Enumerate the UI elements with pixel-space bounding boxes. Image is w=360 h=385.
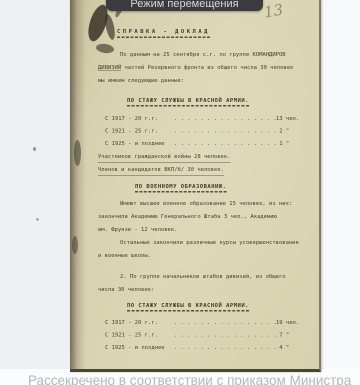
dust-speck: [36, 218, 39, 221]
group2-intro-paragraph: 2. По группе начальников штабов дивизий,…: [98, 270, 286, 296]
intro-line-rest: частей Резервного фронта из общего числа…: [121, 64, 293, 71]
background-right: [319, 0, 360, 370]
pan-mode-tooltip: Режим перемещения: [106, 0, 263, 11]
membership-notes: Участников гражданской войны 28 человек.…: [98, 150, 230, 176]
service-table-2: С 1917 - 20 г.г.. . . . . . . . . . . . …: [105, 316, 299, 354]
dot-leader: . . . . . . . . . . . . . . . . . .: [174, 112, 276, 125]
scanned-document-page[interactable]: 13 СПРАВКА - ДОКЛАД По данным на 25 сент…: [70, 0, 321, 372]
section3-heading: ПО СТАЖУ СЛУЖБЫ В КРАСНОЙ АРМИИ.: [127, 302, 249, 312]
dot-leader: . . . . . . . . . . . . . . . . . .: [174, 125, 276, 138]
intro-line: По данным на 25 сентября с.г. по группе …: [98, 48, 293, 61]
underlined-word: ДИВИЗИЙ: [98, 64, 121, 71]
dust-speck: [33, 147, 36, 151]
section2-heading: ПО ВОЕННОМУ ОБРАЗОВАНИЮ.: [135, 183, 226, 193]
declassification-caption: Рассекречено в соответствии с приказом М…: [28, 373, 351, 385]
table-row: С 1925 - и позднее. . . . . . . . . . . …: [105, 137, 299, 150]
intro-line: ДИВИЗИЙ частей Резервного фронта из обще…: [98, 61, 293, 74]
dot-leader: . . . . . . . . . . . . . . . . . .: [174, 341, 276, 354]
education-paragraph: Имеют высшее военное образование 15 чело…: [98, 197, 292, 236]
table-row: С 1921 - 25 г.г.. . . . . . . . . . . . …: [105, 329, 299, 342]
table-row: С 1921 - 25 г.г.. . . . . . . . . . . . …: [105, 125, 299, 138]
note-line: Членов и кандидатов ВКП/б/ 30 человек.: [98, 163, 224, 176]
intro-paragraph: По данным на 25 сентября с.г. по группе …: [98, 48, 293, 87]
note-line: Участников гражданской войны 28 человек.: [98, 150, 230, 163]
table-row: С 1925 - и позднее. . . . . . . . . . . …: [105, 341, 299, 354]
section1-heading: ПО СТАЖУ СЛУЖБЫ В КРАСНОЙ АРМИИ.: [127, 97, 249, 107]
document-title: СПРАВКА - ДОКЛАД: [117, 28, 210, 38]
document-content: СПРАВКА - ДОКЛАД По данным на 25 сентябр…: [70, 0, 319, 369]
dot-leader: . . . . . . . . . . . . . . . . . .: [174, 329, 276, 342]
table-row: С 1917 - 20 г.г.. . . . . . . . . . . . …: [105, 316, 299, 329]
tooltip-label: Режим перемещения: [130, 0, 238, 10]
viewer-stage: 13 СПРАВКА - ДОКЛАД По данным на 25 сент…: [0, 0, 360, 385]
courses-paragraph: Остальные закончили различные курсы усов…: [98, 236, 299, 262]
service-table-1: С 1917 - 20 г.г.. . . . . . . . . . . . …: [105, 112, 299, 150]
dot-leader: . . . . . . . . . . . . . . . . . .: [174, 316, 276, 329]
intro-line: мы имеем следующие данные:: [98, 74, 293, 87]
table-row: С 1917 - 20 г.г.. . . . . . . . . . . . …: [105, 112, 299, 125]
dot-leader: . . . . . . . . . . . . . . . . . .: [174, 137, 276, 150]
